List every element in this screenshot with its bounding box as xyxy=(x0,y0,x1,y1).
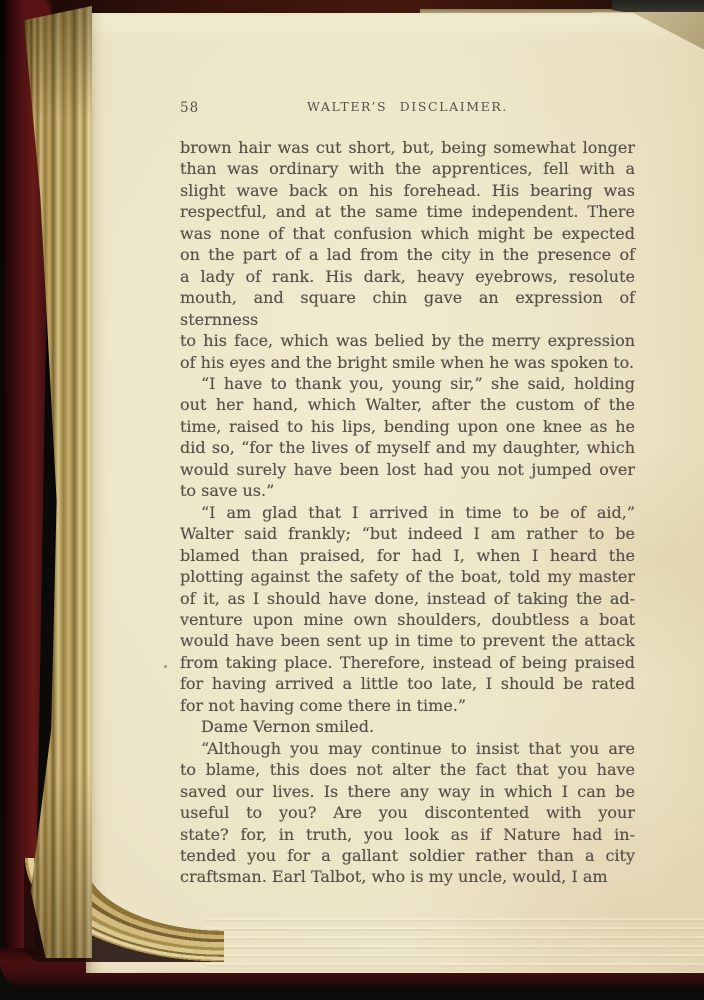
text-line: to his face, which was belied by the mer… xyxy=(180,330,635,351)
text-line: of his eyes and the bright smile when he… xyxy=(180,352,635,373)
text-line: “Although you may continue to insist tha… xyxy=(180,738,635,759)
text-line: respectful, and at the same time indepen… xyxy=(180,201,635,222)
text-line: from taking place. Therefore, instead of… xyxy=(180,652,635,673)
scan-speck xyxy=(164,665,167,668)
text-line: craftsman. Earl Talbot, who is my uncle,… xyxy=(180,866,635,887)
text-line: plotting against the safety of the boat,… xyxy=(180,566,635,587)
text-line: on the part of a lad from the city in th… xyxy=(180,244,635,265)
text-line: was none of that confusion which might b… xyxy=(180,223,635,244)
text-line: “I have to thank you, young sir,” she sa… xyxy=(180,373,635,394)
text-line: time, raised to his lips, bending upon o… xyxy=(180,416,635,437)
text-line: state? for, in truth, you look as if Nat… xyxy=(180,824,635,845)
text-line: tended you for a gallant soldier rather … xyxy=(180,845,635,866)
text-line: to blame, this does not alter the fact t… xyxy=(180,759,635,780)
text-line: than was ordinary with the apprentices, … xyxy=(180,158,635,179)
paragraph: brown hair was cut short, but, being som… xyxy=(180,137,635,373)
text-line: blamed than praised, for had I, when I h… xyxy=(180,545,635,566)
text-line: “I am glad that I arrived in time to be … xyxy=(180,502,635,523)
paragraph: “Although you may continue to insist tha… xyxy=(180,738,635,888)
paragraph: Dame Vernon smiled. xyxy=(180,716,635,737)
text-line: venture upon mine own shoulders, doubtle… xyxy=(180,609,635,630)
text-line: Walter said frankly; “but indeed I am ra… xyxy=(180,523,635,544)
text-line: did so, “for the lives of myself and my … xyxy=(180,437,635,458)
book-photo: 58 WALTER’S DISCLAIMER. brown hair was c… xyxy=(0,0,704,1000)
text-line: brown hair was cut short, but, being som… xyxy=(180,137,635,158)
text-line: mouth, and square chin gave an expressio… xyxy=(180,287,635,330)
page-body: brown hair was cut short, but, being som… xyxy=(180,137,635,888)
text-line: would surely have been lost had you not … xyxy=(180,459,635,480)
text-line: a lady of rank. His dark, heavy eyebrows… xyxy=(180,266,635,287)
paragraph: “I have to thank you, young sir,” she sa… xyxy=(180,373,635,502)
text-line: would have been sent up in time to preve… xyxy=(180,630,635,651)
running-title: WALTER’S DISCLAIMER. xyxy=(180,99,635,114)
page-bottom-edge-streaks xyxy=(206,918,704,974)
page-number: 58 xyxy=(180,100,199,116)
text-line: of it, as I should have done, instead of… xyxy=(180,588,635,609)
text-line: out her hand, which Walter, after the cu… xyxy=(180,394,635,415)
text-line: slight wave back on his forehead. His be… xyxy=(180,180,635,201)
text-line: to save us.” xyxy=(180,480,635,501)
text-line: for having arrived a little too late, I … xyxy=(180,673,635,694)
text-line: for not having come there in time.” xyxy=(180,695,635,716)
book-page: 58 WALTER’S DISCLAIMER. brown hair was c… xyxy=(86,13,704,973)
text-line: saved our lives. Is there any way in whi… xyxy=(180,781,635,802)
text-line: useful to you? Are you discontented with… xyxy=(180,802,635,823)
page-header: 58 WALTER’S DISCLAIMER. xyxy=(180,99,635,116)
paragraph: “I am glad that I arrived in time to be … xyxy=(180,502,635,717)
text-line: Dame Vernon smiled. xyxy=(180,716,635,737)
